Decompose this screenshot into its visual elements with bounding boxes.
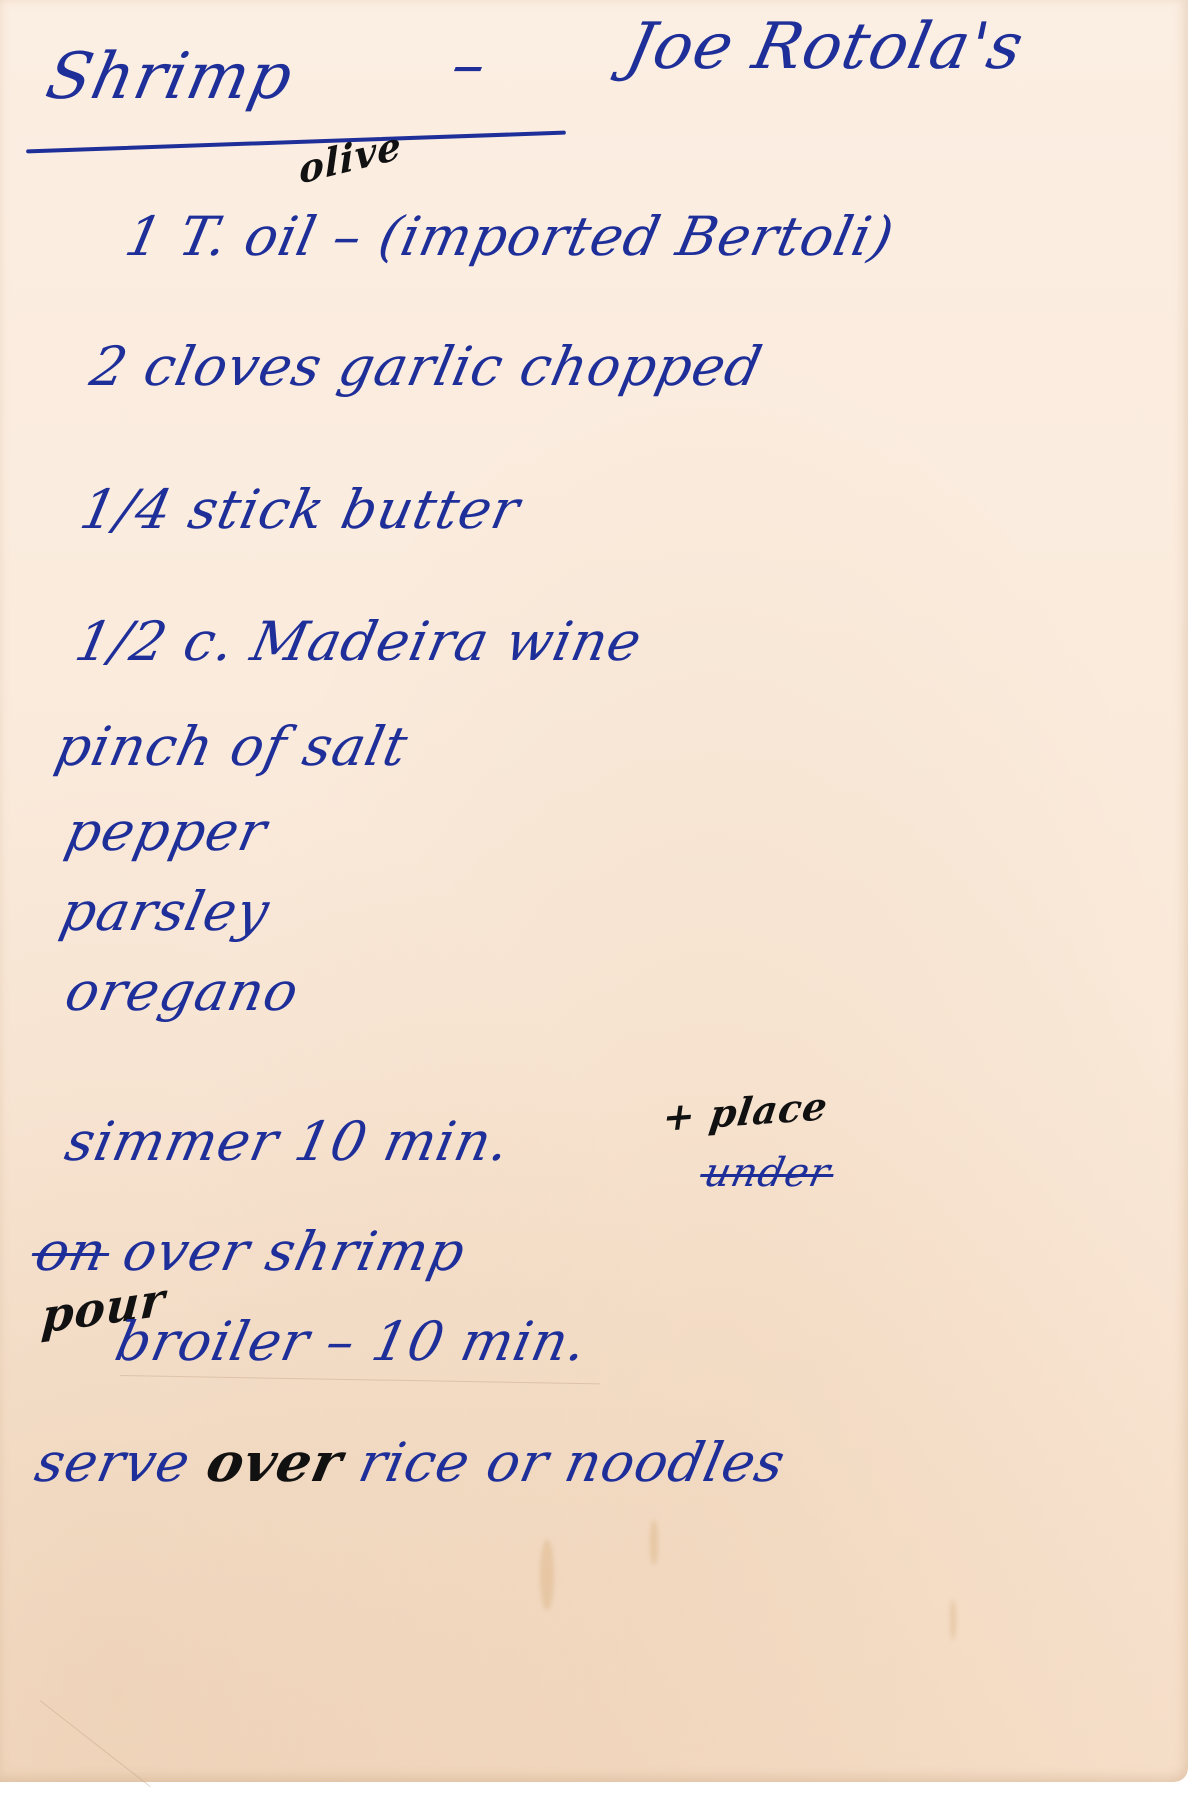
ingredient-item: pinch of salt bbox=[50, 715, 414, 778]
ingredient-text: Madeira wine bbox=[246, 610, 648, 673]
insert-place: + place bbox=[660, 1083, 831, 1140]
recipe-card: Shrimp – Joe Rotola's olive 1 T. oil – (… bbox=[0, 0, 1188, 1782]
ingredient-item: oregano bbox=[60, 960, 305, 1023]
ingredient-item: 2 cloves garlic chopped bbox=[85, 335, 768, 398]
title-separator: – bbox=[445, 28, 494, 102]
paper-crease bbox=[120, 1375, 600, 1384]
ingredient-item: parsley bbox=[55, 880, 275, 943]
ingredient-text: stick butter bbox=[183, 478, 526, 541]
instruction-prefix: serve bbox=[30, 1431, 196, 1494]
ingredient-text: pinch of salt bbox=[50, 715, 414, 778]
instruction-step: serve over rice or noodles bbox=[30, 1430, 791, 1494]
ingredient-item: 1/2 c. Madeira wine bbox=[70, 610, 648, 673]
instruction-text: simmer 10 min. bbox=[60, 1110, 516, 1173]
instruction-text: broiler – 10 min. bbox=[110, 1310, 593, 1373]
inserted-over: over bbox=[201, 1430, 349, 1494]
ingredient-qty: 1/4 bbox=[75, 478, 178, 541]
paper-stain bbox=[950, 1600, 956, 1640]
ingredient-item: pepper bbox=[60, 800, 273, 863]
ingredient-qty: 1/2 c. bbox=[70, 610, 241, 673]
recipe-dish-name: Shrimp bbox=[40, 40, 300, 114]
insert-olive: olive bbox=[298, 122, 402, 193]
ingredient-text: parsley bbox=[55, 880, 275, 943]
ingredient-text: pepper bbox=[60, 800, 273, 863]
instruction-step: simmer 10 min. bbox=[60, 1110, 516, 1173]
ingredient-item: 1/4 stick butter bbox=[75, 478, 526, 541]
ingredient-text: cloves garlic chopped bbox=[139, 335, 768, 398]
ingredient-text: oregano bbox=[60, 960, 305, 1023]
instruction-step: on over shrimp bbox=[30, 1220, 471, 1283]
ingredient-qty: 1 T. bbox=[120, 205, 234, 268]
instruction-step: broiler – 10 min. bbox=[110, 1310, 593, 1373]
ingredient-qty: 2 bbox=[85, 335, 134, 398]
ingredient-text: oil – (imported Bertoli) bbox=[239, 205, 900, 268]
paper-stain bbox=[650, 1520, 658, 1565]
recipe-title: Shrimp bbox=[40, 40, 300, 114]
paper-crease bbox=[40, 1700, 151, 1787]
struck-word: on bbox=[30, 1220, 113, 1283]
ingredient-item: 1 T. oil – (imported Bertoli) bbox=[120, 205, 900, 268]
paper-stain bbox=[540, 1540, 554, 1610]
struck-under: under bbox=[700, 1150, 835, 1196]
instruction-text: rice or noodles bbox=[354, 1431, 792, 1494]
title-underline bbox=[26, 131, 566, 154]
instruction-text: over shrimp bbox=[117, 1220, 471, 1283]
recipe-attribution: Joe Rotola's bbox=[620, 10, 1030, 84]
